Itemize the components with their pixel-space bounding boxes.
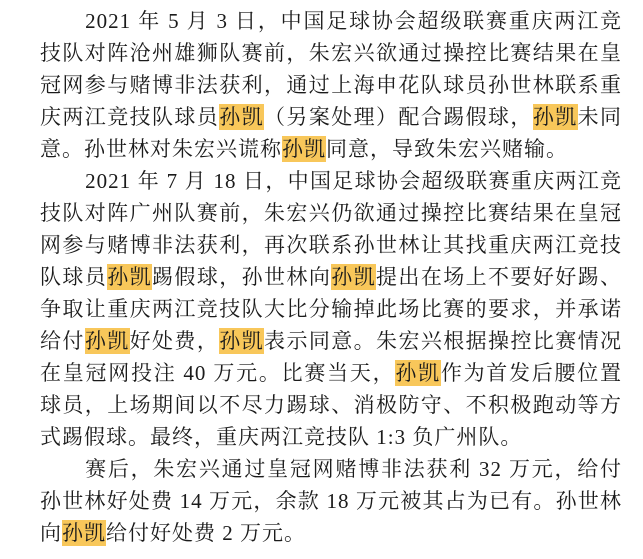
text-segment: （另案处理）配合踢假球，	[264, 105, 533, 129]
highlighted-name: 孙凯	[331, 264, 376, 290]
highlighted-name: 孙凯	[395, 360, 440, 386]
highlighted-name: 孙凯	[533, 104, 578, 130]
highlighted-name: 孙凯	[107, 264, 152, 290]
paragraph-3: 赛后，朱宏兴通过皇冠网赌博非法获利 32 万元，给付孙世林好处费 14 万元，余…	[40, 453, 622, 549]
highlighted-name: 孙凯	[219, 328, 264, 354]
highlighted-name: 孙凯	[62, 520, 106, 546]
paragraph-1: 2021 年 5 月 3 日，中国足球协会超级联赛重庆两江竞技队对阵沧州雄狮队赛…	[40, 5, 622, 165]
paragraph-2: 2021 年 7 月 18 日，中国足球协会超级联赛重庆两江竞技队对阵广州队赛前…	[40, 165, 622, 453]
highlighted-name: 孙凯	[219, 104, 264, 130]
document-page: 2021 年 5 月 3 日，中国足球协会超级联赛重庆两江竞技队对阵沧州雄狮队赛…	[0, 0, 643, 559]
text-segment: 同意，导致朱宏兴赌输。	[326, 137, 568, 161]
text-segment: 好处费，	[130, 329, 220, 353]
text-segment: 给付好处费 2 万元。	[106, 521, 306, 545]
document-body: 2021 年 5 月 3 日，中国足球协会超级联赛重庆两江竞技队对阵沧州雄狮队赛…	[40, 5, 622, 549]
highlighted-name: 孙凯	[282, 136, 326, 162]
text-segment: 踢假球，孙世林向	[152, 265, 331, 289]
highlighted-name: 孙凯	[85, 328, 130, 354]
